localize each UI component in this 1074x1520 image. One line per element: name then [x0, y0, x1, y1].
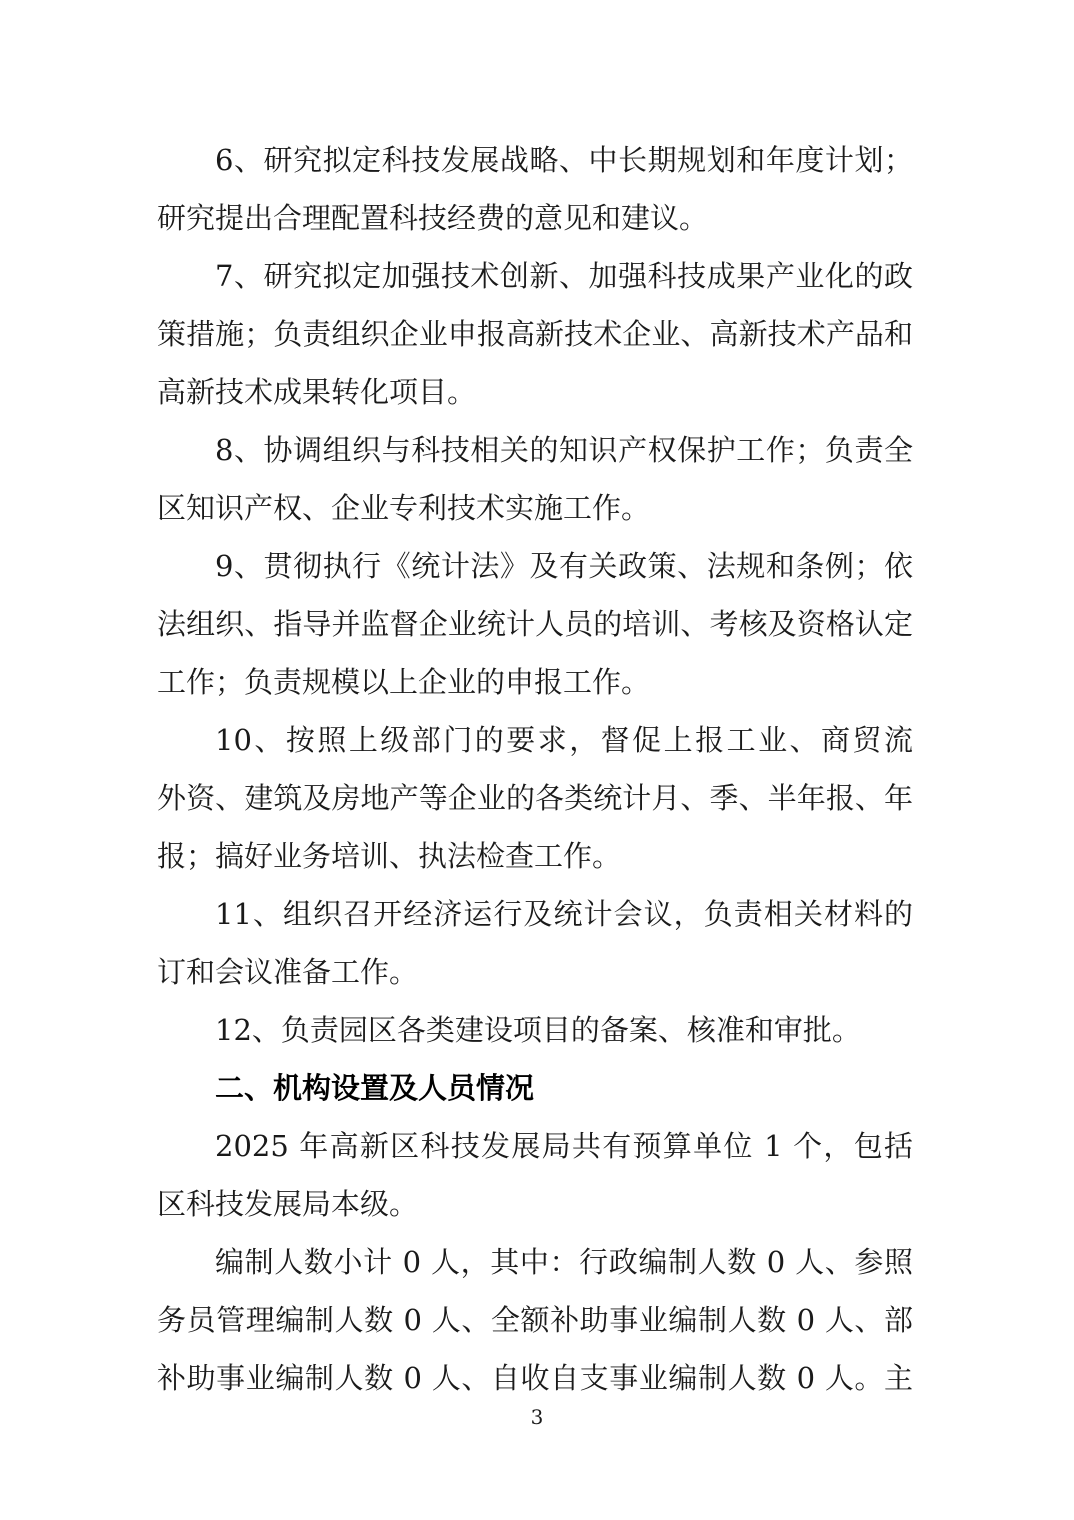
text-line: 法组织、指导并监督企业统计人员的培训、考核及资格认定 — [157, 595, 913, 653]
text-line: 9、贯彻执行《统计法》及有关政策、法规和条例；依 — [157, 537, 913, 595]
paragraph: 编制人数小计 0 人，其中：行政编制人数 0 人、参照公务员管理编制人数 0 人… — [157, 1233, 913, 1407]
text-line: 二、机构设置及人员情况 — [157, 1059, 913, 1117]
text-line: 10、按照上级部门的要求，督促上报工业、商贸流通、 — [157, 711, 913, 769]
paragraph: 7、研究拟定加强技术创新、加强科技成果产业化的政策措施；负责组织企业申报高新技术… — [157, 247, 913, 421]
page-footer: 3 — [0, 1400, 1074, 1434]
section-heading: 二、机构设置及人员情况 — [157, 1059, 913, 1117]
document-body: 6、研究拟定科技发展战略、中长期规划和年度计划；研究提出合理配置科技经费的意见和… — [157, 131, 913, 1407]
text-line: 区知识产权、企业专利技术实施工作。 — [157, 479, 913, 537]
page-number: 3 — [531, 1405, 544, 1429]
text-line: 务员管理编制人数 0 人、全额补助事业编制人数 0 人、部分 — [157, 1291, 913, 1349]
text-line: 报；搞好业务培训、执法检查工作。 — [157, 827, 913, 885]
text-line: 2025 年高新区科技发展局共有预算单位 1 个，包括高新 — [157, 1117, 913, 1175]
text-line: 补助事业编制人数 0 人、自收自支事业编制人数 0 人。主要 — [157, 1349, 913, 1407]
paragraph: 12、负责园区各类建设项目的备案、核准和审批。 — [157, 1001, 913, 1059]
text-line: 高新技术成果转化项目。 — [157, 363, 913, 421]
paragraph: 6、研究拟定科技发展战略、中长期规划和年度计划；研究提出合理配置科技经费的意见和… — [157, 131, 913, 247]
text-line: 工作；负责规模以上企业的申报工作。 — [157, 653, 913, 711]
text-line: 11、组织召开经济运行及统计会议，负责相关材料的拟 — [157, 885, 913, 943]
text-line: 外资、建筑及房地产等企业的各类统计月、季、半年报、年 — [157, 769, 913, 827]
text-line: 编制人数小计 0 人，其中：行政编制人数 0 人、参照公 — [157, 1233, 913, 1291]
document-page: 6、研究拟定科技发展战略、中长期规划和年度计划；研究提出合理配置科技经费的意见和… — [0, 0, 1074, 1520]
text-line: 6、研究拟定科技发展战略、中长期规划和年度计划； — [157, 131, 913, 189]
text-line: 7、研究拟定加强技术创新、加强科技成果产业化的政 — [157, 247, 913, 305]
text-line: 8、协调组织与科技相关的知识产权保护工作；负责全 — [157, 421, 913, 479]
text-line: 研究提出合理配置科技经费的意见和建议。 — [157, 189, 913, 247]
text-line: 区科技发展局本级。 — [157, 1175, 913, 1233]
text-line: 12、负责园区各类建设项目的备案、核准和审批。 — [157, 1001, 913, 1059]
paragraph: 8、协调组织与科技相关的知识产权保护工作；负责全区知识产权、企业专利技术实施工作… — [157, 421, 913, 537]
text-line: 订和会议准备工作。 — [157, 943, 913, 1001]
text-line: 策措施；负责组织企业申报高新技术企业、高新技术产品和 — [157, 305, 913, 363]
paragraph: 11、组织召开经济运行及统计会议，负责相关材料的拟订和会议准备工作。 — [157, 885, 913, 1001]
paragraph: 10、按照上级部门的要求，督促上报工业、商贸流通、外资、建筑及房地产等企业的各类… — [157, 711, 913, 885]
paragraph: 9、贯彻执行《统计法》及有关政策、法规和条例；依法组织、指导并监督企业统计人员的… — [157, 537, 913, 711]
paragraph: 2025 年高新区科技发展局共有预算单位 1 个，包括高新区科技发展局本级。 — [157, 1117, 913, 1233]
